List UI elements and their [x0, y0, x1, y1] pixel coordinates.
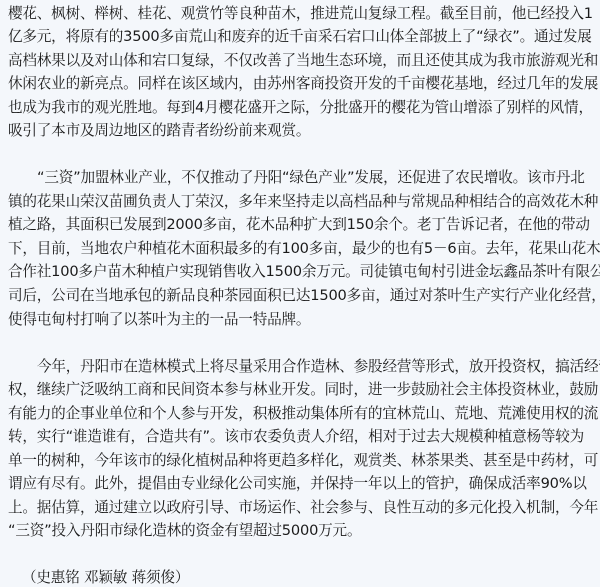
byline: （史惠铭 邓颖敏 蒋须俊）	[22, 566, 600, 587]
paragraph-line: 高档林果以及对山体和宕口复绿，不仅改善了当地生态环境，而且还使其成为我市旅游观光…	[8, 49, 598, 72]
paragraph-line: 樱花、枫树、榉树、桂花、观赏竹等良种苗木，推进荒山复绿工程。截至目前，他已经投入…	[8, 2, 598, 25]
paragraph-line: 下，目前，当地农户种植花木面积最多的有100多亩，最少的也有5－6亩。去年，花果…	[8, 237, 598, 260]
paragraph-line: 休闲农业的新亮点。同样在该区域内，由苏州客商投资开发的千亩樱花基地，经过几年的发…	[8, 72, 598, 95]
paragraph-line: 权，继续广泛吸纳工商和民间资本参与林业开发。同时，进一步鼓励社会主体投资林业，鼓…	[8, 378, 598, 401]
paragraph-line: 谓应有尽有。此外，提倡由专业绿化公司实施，并保持一年以上的管护，确保成活率90%…	[8, 472, 598, 495]
paragraph-line: 也成为我市的观光胜地。每到4月樱花盛开之际，分批盛开的樱花为管山增添了别样的风情…	[8, 96, 598, 119]
paragraph-line: 转，实行“谁造谁有，合造共有”。该市农委负责人介绍，相对于过去大规模种植意杨等较…	[8, 425, 598, 448]
paragraph-line: 单一的树种，今年该市的绿化植树品种将更趋多样化，观赏类、林茶果类、甚至是中药材，…	[8, 449, 598, 472]
article-body: 樱花、枫树、榉树、桂花、观赏竹等良种苗木，推进荒山复绿工程。截至目前，他已经投入…	[0, 0, 600, 587]
paragraph-line: 司后，公司在当地承包的新品良种茶园面积已达1500多亩，通过对茶叶生产实行产业化…	[8, 284, 598, 307]
paragraph-line: 镇的花果山荣汉苗圃负责人丁荣汉，多年来坚持走以高档品种与常规品种相结合的高效花木…	[8, 190, 598, 213]
paragraph-line: 有能力的企事业单位和个人参与开发，积极推动集体所有的宜林荒山、荒地、荒滩使用权的…	[8, 402, 598, 425]
paragraph-line: 吸引了本市及周边地区的踏青者纷纷前来观赏。	[8, 119, 598, 142]
paragraph-line: 使得屯甸村打响了以茶叶为主的一品一特品牌。	[8, 308, 598, 331]
paragraph-line: 上。据估算，通过建立以政府引导、市场运作、社会参与、良性互动的多元化投入机制，今…	[8, 496, 598, 519]
paragraph-line: 植之路，其面积已发展到2000多亩，花木品种扩大到150余个。老丁告诉记者，在他…	[8, 213, 598, 236]
paragraph-line: 今年，丹阳市在造林模式上将尽量采用合作造林、参股经营等形式，放开投资权，搞活经营	[37, 355, 597, 378]
paragraph-line: 亿多元，将原有的3500多亩荒山和废弃的近千亩采石宕口山体全部披上了“绿衣”。通…	[8, 25, 598, 48]
paragraph-line: 合作社100多户苗木种植户实现销售收入1500余万元。司徒镇屯甸村引进金坛鑫品茶…	[8, 260, 598, 283]
paragraph-line: “三资”加盟林业产业，不仅推动了丹阳“绿色产业”发展，还促进了农民增收。该市丹北	[37, 166, 597, 189]
paragraph-line: “三资”投入丹阳市绿化造林的资金有望超过5000万元。	[8, 519, 598, 542]
